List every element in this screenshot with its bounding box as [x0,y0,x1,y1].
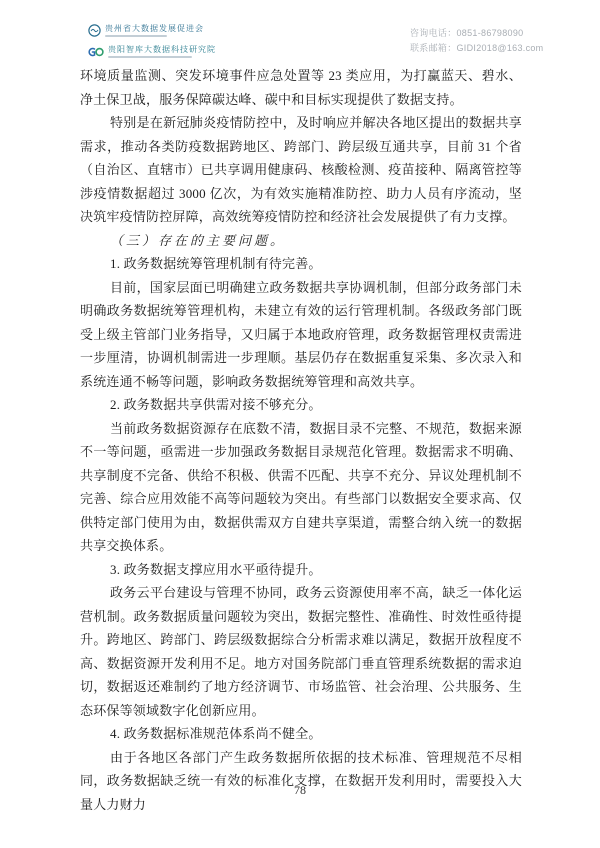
org1-name: 贵州省大数据发展促进会 [105,24,204,33]
paragraph-continuation: 环境质量监测、突发环境事件应急处置等 23 类应用，为打赢蓝天、碧水、净土保卫战… [80,64,522,111]
item-heading-2: 2. 政务数据共享供需对接不够充分。 [80,393,522,417]
org-logo-1: 贵州省大数据发展促进会 [88,24,216,42]
paragraph-item-2: 当前政务数据资源存在底数不清，数据目录不完整、不规范，数据来源不一等问题，亟需进… [80,417,522,558]
contact-phone: 咨询电话：0851-86798090 [410,26,543,41]
org1-emblem-icon [88,24,101,42]
page-footer: 78 [0,783,600,798]
item-heading-1: 1. 政务数据统筹管理机制有待完善。 [80,252,522,276]
logo-block: 贵州省大数据发展促进会 贵阳智库大数据科技研究院 [88,24,216,66]
org2-emblem-icon [88,45,104,63]
section-heading-problems: （三）存在的主要问题。 [80,229,522,253]
item-heading-4: 4. 政务数据标准规范体系尚不健全。 [80,722,522,746]
document-page: 贵州省大数据发展促进会 贵阳智库大数据科技研究院 咨询电话：0851-867 [0,0,600,848]
org2-caption-line [108,56,192,58]
page-number: 78 [294,783,306,797]
contact-email: 联系邮箱：GIDI2018@163.com [410,41,543,56]
paragraph-item-1: 目前，国家层面已明确建立政务数据共享协调机制，但部分政务部门未明确政务数据统筹管… [80,276,522,394]
paragraph-item-3: 政务云平台建设与管理不协同，政务云资源使用率不高，缺乏一体化运营机制。政务数据质… [80,581,522,722]
paragraph-covid: 特别是在新冠肺炎疫情防控中，及时响应并解决各地区提出的数据共享需求，推动各类防疫… [80,111,522,229]
org1-caption-line [105,35,167,37]
org-logo-2: 贵阳智库大数据科技研究院 [88,45,216,63]
document-body: 环境质量监测、突发环境事件应急处置等 23 类应用，为打赢蓝天、碧水、净土保卫战… [80,64,522,816]
org2-name: 贵阳智库大数据科技研究院 [108,45,216,54]
item-heading-3: 3. 政务数据支撑应用水平亟待提升。 [80,558,522,582]
contact-info: 咨询电话：0851-86798090 联系邮箱：GIDI2018@163.com [410,26,543,56]
paragraph-item-4: 由于各地区各部门产生政务数据所依据的技术标准、管理规范不尽相同，政务数据缺乏统一… [80,746,522,817]
